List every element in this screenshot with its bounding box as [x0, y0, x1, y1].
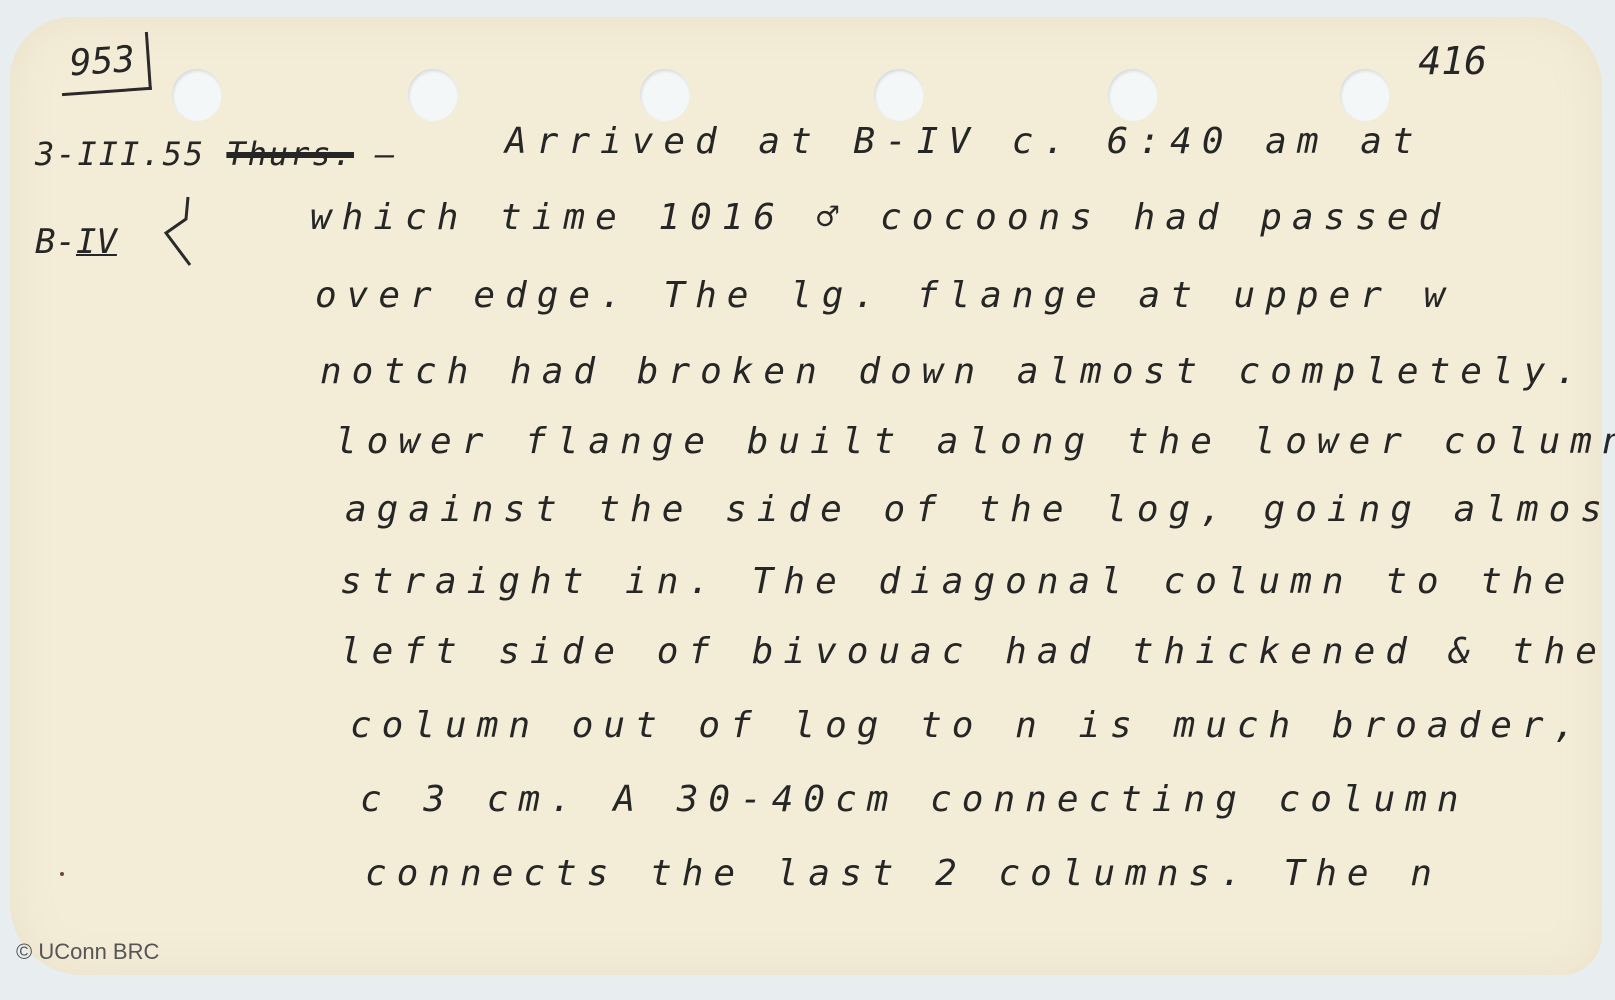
- note-line-1: Arrived at B-IV c. 6:40 am at: [505, 121, 1424, 162]
- punch-hole: [1108, 69, 1158, 121]
- location-marker: B-IV: [35, 222, 117, 262]
- punch-hole: [408, 69, 458, 121]
- brace-icon: [160, 193, 210, 273]
- entry-date: 3-III.55 Thurs. –: [35, 135, 397, 173]
- punch-hole: [640, 69, 690, 121]
- note-line-8: left side of bivouac had thickened & the: [340, 631, 1607, 672]
- note-line-10: c 3 cm. A 30-40cm connecting column: [360, 779, 1469, 820]
- note-line-11: connects the last 2 columns. The n: [365, 853, 1442, 894]
- note-line-6: against the side of the log, going almos…: [345, 489, 1615, 530]
- card-number: 953: [58, 32, 152, 96]
- struck-out-word: Thurs.: [226, 135, 354, 173]
- note-line-5: lower flange built along the lower colum…: [335, 421, 1615, 462]
- page-number: 416: [1418, 39, 1487, 83]
- copyright-notice: © UConn BRC: [16, 939, 159, 965]
- punch-hole: [1340, 69, 1390, 121]
- punch-hole: [172, 69, 222, 121]
- ink-speck: [60, 872, 64, 876]
- note-line-2: which time 1016 ♂ cocoons had passed: [310, 197, 1450, 238]
- location-roman: IV: [76, 222, 117, 262]
- dash: –: [375, 135, 396, 173]
- location-label: B-: [35, 222, 76, 262]
- note-line-9: column out of log to n is much broader,: [350, 705, 1585, 746]
- field-note-card: 953 416 3-III.55 Thurs. – B-IV Arrived a…: [10, 17, 1602, 975]
- note-line-4: notch had broken down almost completely.…: [320, 351, 1615, 392]
- date-text: 3-III.55: [35, 135, 205, 173]
- punch-hole: [874, 69, 924, 121]
- note-line-3: over edge. The lg. flange at upper w: [315, 275, 1455, 316]
- note-line-7: straight in. The diagonal column to the: [340, 561, 1575, 602]
